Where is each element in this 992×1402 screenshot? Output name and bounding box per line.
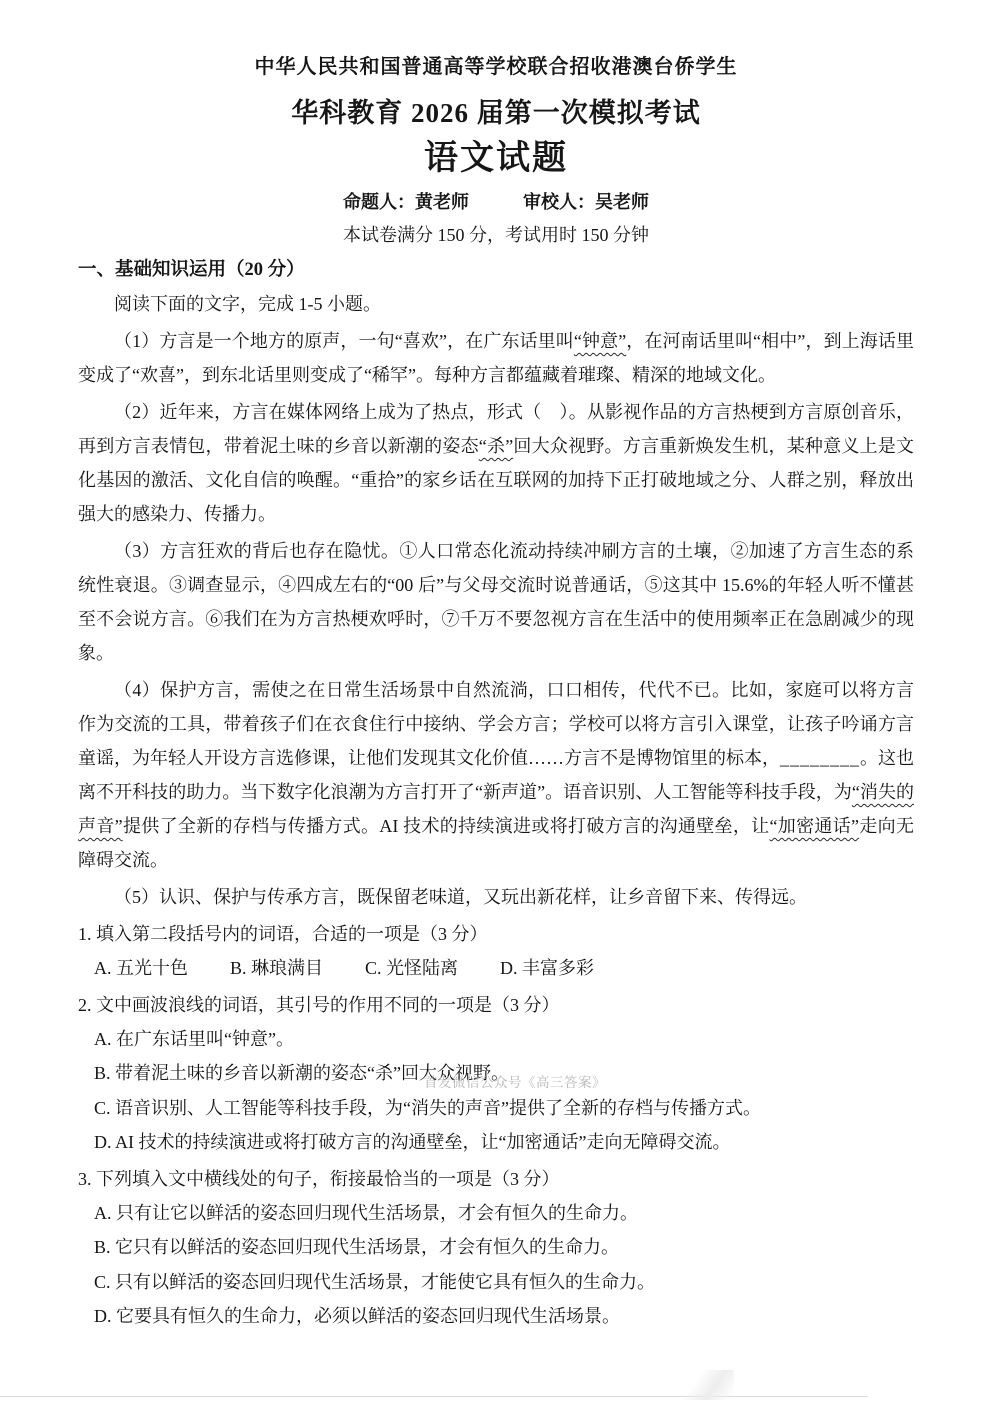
exam-paper-page: 中华人民共和国普通高等学校联合招收港澳台侨学生 华科教育 2026 届第一次模拟…: [0, 0, 992, 1402]
watermark-text: 首发微信公众号《高三答案》: [424, 1075, 606, 1091]
wavy-underlined-term: “加密通话”: [769, 816, 859, 836]
scan-edge-line: [0, 1396, 868, 1397]
header-program-line: 中华人民共和国普通高等学校联合招收港澳台侨学生: [78, 54, 914, 80]
text-run: （5）认识、保护与传承方言，既保留老味道，又玩出新花样，让乡音留下来、传得远。: [114, 887, 807, 907]
question-3-options: A. 只有让它以鲜活的姿态回归现代生活场景，才会有恒久的生命力。B. 它只有以鲜…: [78, 1196, 914, 1334]
answer-option: C. 只有以鲜活的姿态回归现代生活场景，才能使它具有恒久的生命力。: [94, 1265, 914, 1300]
passage-paragraph-5: （5）认识、保护与传承方言，既保留老味道，又玩出新花样，让乡音留下来、传得远。: [78, 880, 914, 914]
question-1: 1. 填入第二段括号内的词语，合适的一项是（3 分） A. 五光十色B. 琳琅满…: [78, 917, 914, 986]
answer-option: C. 光怪陆离: [365, 951, 458, 986]
answer-option: B. 它只有以鲜活的姿态回归现代生活场景，才会有恒久的生命力。: [94, 1230, 914, 1265]
passage-paragraph-2: （2）近年来，方言在媒体网络上成为了热点，形式（ ）。从影视作品的方言热梗到方言…: [78, 395, 914, 531]
question-2-stem: 2. 文中画波浪线的词语，其引号的作用不同的一项是（3 分）: [78, 988, 914, 1022]
wavy-underlined-term: “钟意”: [574, 331, 626, 351]
passage-paragraph-4: （4）保护方言，需使之在日常生活场景中自然流淌，口口相传，代代不已。比如，家庭可…: [78, 673, 914, 877]
answer-option: B. 琳琅满目: [230, 951, 323, 986]
text-run: 提供了全新的存档与传播方式。AI 技术的持续演进或将打破方言的沟通壁垒，让: [123, 816, 770, 836]
answer-option: A. 五光十色: [94, 951, 188, 986]
text-run: （3）方言狂欢的背后也存在隐忧。①人口常态化流动持续冲刷方言的土壤，②加速了方言…: [78, 541, 914, 663]
answer-option: D. 丰富多彩: [500, 951, 594, 986]
question-1-stem: 1. 填入第二段括号内的词语，合适的一项是（3 分）: [78, 917, 914, 951]
header-exam-name: 华科教育 2026 届第一次模拟考试: [78, 96, 914, 130]
page-title: 语文试题: [78, 138, 914, 180]
fill-in-blank-line: ________: [780, 748, 860, 768]
answer-option: A. 在广东话里叫“钟意”。: [94, 1022, 914, 1057]
passage-paragraph-1: （1）方言是一个地方的原声，一句“喜欢”，在广东话里叫“钟意”，在河南话里叫“相…: [78, 324, 914, 392]
header-exam-info: 本试卷满分 150 分，考试用时 150 分钟: [78, 223, 914, 247]
question-2: 2. 文中画波浪线的词语，其引号的作用不同的一项是（3 分） A. 在广东话里叫…: [78, 988, 914, 1160]
scan-corner-artifact: [660, 1370, 734, 1400]
question-3-stem: 3. 下列填入文中横线处的句子，衔接最恰当的一项是（3 分）: [78, 1162, 914, 1196]
wavy-underlined-term: “杀”: [479, 436, 513, 456]
passage-paragraph-3: （3）方言狂欢的背后也存在隐忧。①人口常态化流动持续冲刷方言的土壤，②加速了方言…: [78, 534, 914, 670]
answer-option: D. 它要具有恒久的生命力，必须以鲜活的姿态回归现代生活场景。: [94, 1299, 914, 1334]
paper-header: 中华人民共和国普通高等学校联合招收港澳台侨学生 华科教育 2026 届第一次模拟…: [78, 54, 914, 247]
header-authors: 命题人：黄老师 审校人：吴老师: [78, 190, 914, 214]
answer-option: A. 只有让它以鲜活的姿态回归现代生活场景，才会有恒久的生命力。: [94, 1196, 914, 1231]
question-1-options: A. 五光十色B. 琳琅满目C. 光怪陆离D. 丰富多彩: [78, 951, 914, 986]
answer-option: D. AI 技术的持续演进或将打破方言的沟通壁垒，让“加密通话”走向无障碍交流。: [94, 1125, 914, 1160]
reading-instruction: 阅读下面的文字，完成 1-5 小题。: [78, 287, 914, 321]
text-run: （1）方言是一个地方的原声，一句“喜欢”，在广东话里叫: [114, 331, 574, 351]
question-3: 3. 下列填入文中横线处的句子，衔接最恰当的一项是（3 分） A. 只有让它以鲜…: [78, 1162, 914, 1334]
paper-body: 一、基础知识运用（20 分） 阅读下面的文字，完成 1-5 小题。 （1）方言是…: [78, 253, 914, 1334]
section-heading: 一、基础知识运用（20 分）: [78, 253, 914, 287]
answer-option: C. 语音识别、人工智能等科技手段，为“消失的声音”提供了全新的存档与传播方式。: [94, 1091, 914, 1126]
